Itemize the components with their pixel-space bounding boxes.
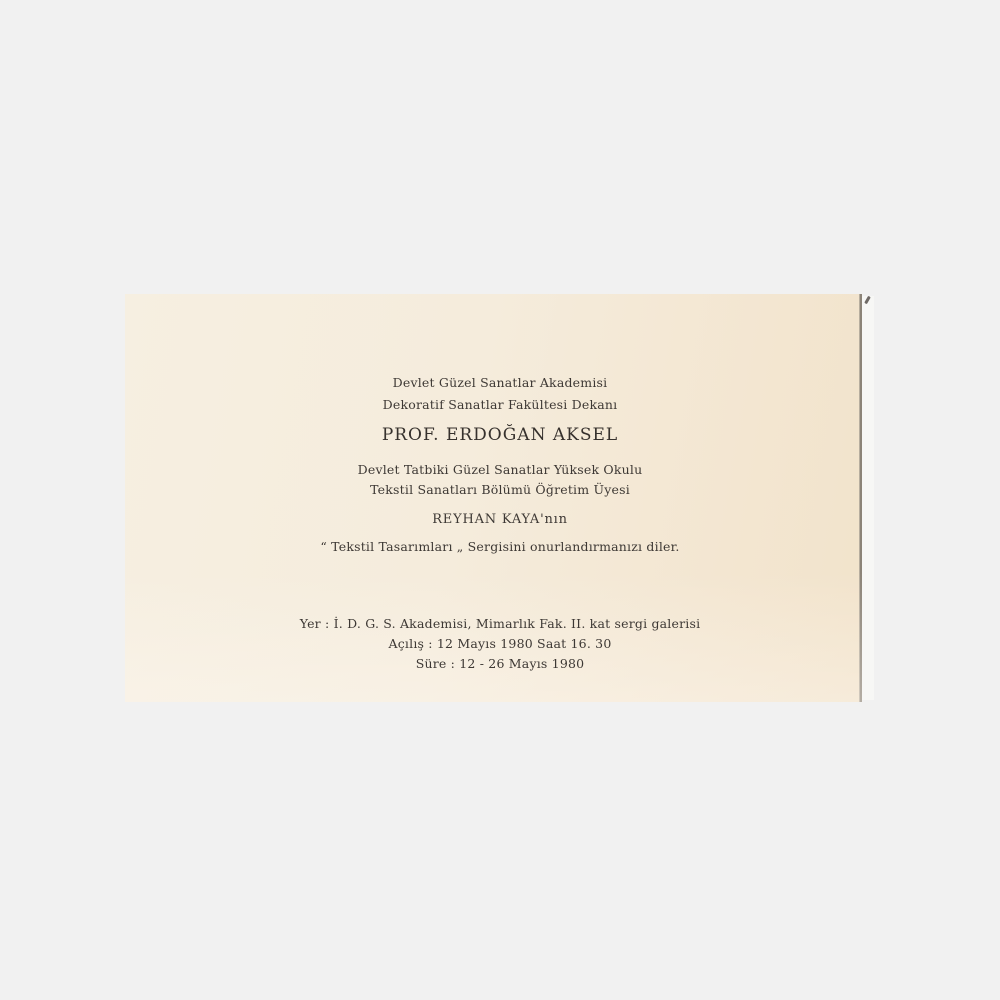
opening-line: Açılış : 12 Mayıs 1980 Saat 16. 30: [0, 636, 1000, 651]
artist-institution: Devlet Tatbiki Güzel Sanatlar Yüksek Oku…: [0, 462, 1000, 477]
duration-line: Süre : 12 - 26 Mayıs 1980: [0, 656, 1000, 671]
host-role: Dekoratif Sanatlar Fakültesi Dekanı: [0, 397, 1000, 412]
host-institution: Devlet Güzel Sanatlar Akademisi: [0, 375, 1000, 390]
artist-role: Tekstil Sanatları Bölümü Öğretim Üyesi: [0, 482, 1000, 497]
venue-line: Yer : İ. D. G. S. Akademisi, Mimarlık Fa…: [0, 616, 1000, 631]
invitation-text: “ Tekstil Tasarımları „ Sergisini onurla…: [0, 539, 1000, 554]
artist-name: REYHAN KAYA'nın: [0, 512, 1000, 527]
host-name: PROF. ERDOĞAN AKSEL: [0, 425, 1000, 445]
